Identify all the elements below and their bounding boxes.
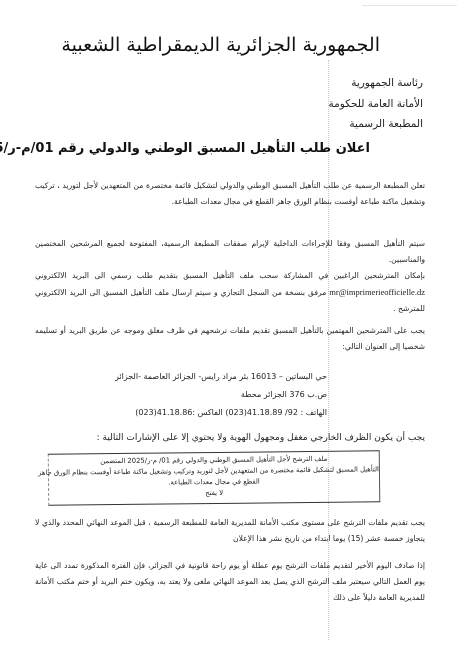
withdrawal-text: بإمكان المترشحين الراغبين في المشاركة سح…: [35, 271, 425, 280]
announcement-title: اعلان طلب التأهيل المسبق الوطني والدولي …: [60, 141, 370, 156]
paragraph-holiday-extension: إذا صادف اليوم الأخير لتقديم ملفات الترش…: [35, 558, 425, 606]
paragraph-submission: يجب على المترشحين المهتمين بالتأهيل المس…: [35, 323, 425, 355]
phone-fax-line: الهاتف : 92/ 41.18.89(023) الفاكس :41.18…: [135, 408, 327, 417]
country-title: الجمهورية الجزائرية الديمقراطية الشعبية: [70, 34, 380, 56]
document-page: الجمهورية الجزائرية الديمقراطية الشعبية …: [0, 0, 467, 660]
issuer-line-presidency: رئاسة الجمهورية: [351, 77, 423, 89]
address-line: حي البساتين – 16013 بئر مراد رايس- الجزا…: [115, 372, 327, 381]
po-box-line: ص.ب 376 الجزائر محطة: [241, 390, 327, 399]
paragraph-envelope-rules: يجب أن يكون الظرف الخارجي مغفل ومجهول ال…: [35, 430, 425, 446]
contact-email-link[interactable]: mr@imprimerieofficielle.dz: [329, 287, 425, 297]
issuer-line-secretariat: الأمانة العامة للحكومة: [328, 98, 423, 110]
do-not-open-label: لا يفتح: [49, 486, 379, 500]
scan-artifact: [362, 5, 457, 6]
paragraph-deadline: يجب تقديم ملفات الترشح على مستوى مكتب ال…: [35, 515, 425, 547]
issuer-line-official-printing: المطبعة الرسمية: [349, 118, 423, 130]
paragraph-withdrawal: بإمكان المترشحين الراغبين في المشاركة سح…: [35, 268, 425, 317]
paragraph-intro: تعلن المطبعة الرسمية عن طلب التأهيل المس…: [35, 178, 425, 210]
envelope-label-box: ملف الترشح لأجل التأهيل المسبق الوطني وا…: [48, 450, 381, 505]
paragraph-procedure: سيتم التأهيل المسبق وفقا للإجراءات الداخ…: [35, 236, 425, 268]
